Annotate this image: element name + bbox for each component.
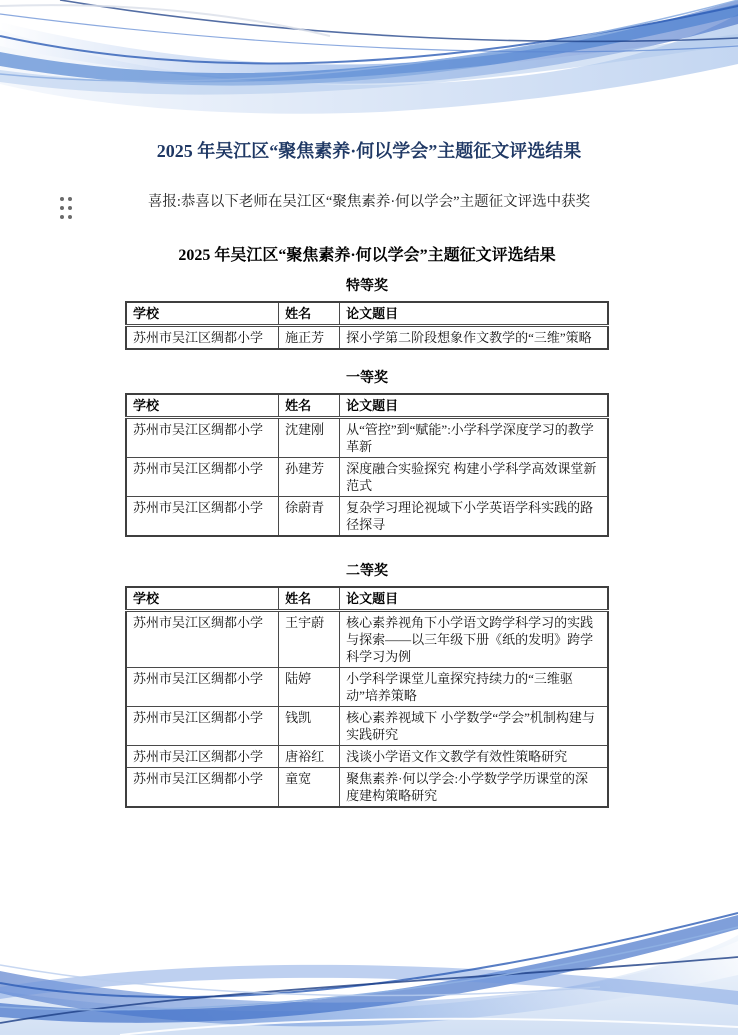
school-cell: 苏州市吴江区绸都小学 [126,768,279,808]
name-cell: 唐裕红 [279,746,340,768]
column-header: 学校 [126,587,279,611]
title-cell: 浅谈小学语文作文教学有效性策略研究 [340,746,608,768]
title-cell: 探小学第二阶段想象作文教学的“三维”策略 [340,326,608,350]
column-header: 姓名 [279,302,340,326]
column-header: 论文题目 [340,587,608,611]
school-cell: 苏州市吴江区绸都小学 [126,707,279,746]
title-cell: 核心素养视域下 小学数学“学会”机制构建与实践研究 [340,707,608,746]
name-cell: 施正芳 [279,326,340,350]
top-banner-graphic [0,0,738,118]
title-cell: 深度融合实验探究 构建小学科学高效课堂新范式 [340,458,608,497]
table-row: 苏州市吴江区绸都小学沈建刚从“管控”到“赋能”:小学科学深度学习的教学革新 [126,418,608,458]
table-row: 苏州市吴江区绸都小学王宇蔚核心素养视角下小学语文跨学科学习的实践与探索——以三年… [126,611,608,668]
title-cell: 复杂学习理论视域下小学英语学科实践的路径探寻 [340,497,608,537]
document-title: 2025 年吴江区“聚焦素养·何以学会”主题征文评选结果 [125,246,609,266]
table-row: 苏州市吴江区绸都小学陆婷小学科学课堂儿童探究持续力的“三维驱动”培养策略 [126,668,608,707]
title-cell: 聚焦素养·何以学会:小学数学学历课堂的深度建构策略研究 [340,768,608,808]
name-cell: 钱凯 [279,707,340,746]
name-cell: 童宽 [279,768,340,808]
drag-handle-icon[interactable] [60,197,74,223]
column-header: 学校 [126,394,279,418]
award-title-first: 一等奖 [125,370,609,388]
school-cell: 苏州市吴江区绸都小学 [126,458,279,497]
congrats-line: 喜报:恭喜以下老师在吴江区“聚焦素养·何以学会”主题征文评选中获奖 [0,192,738,212]
header-row: 学校姓名论文题目 [126,394,608,418]
school-cell: 苏州市吴江区绸都小学 [126,497,279,537]
name-cell: 陆婷 [279,668,340,707]
award-section-special: 特等奖 学校姓名论文题目苏州市吴江区绸都小学施正芳探小学第二阶段想象作文教学的“… [125,278,609,350]
column-header: 学校 [126,302,279,326]
school-cell: 苏州市吴江区绸都小学 [126,611,279,668]
school-cell: 苏州市吴江区绸都小学 [126,326,279,350]
name-cell: 徐蔚青 [279,497,340,537]
results-table-special: 学校姓名论文题目苏州市吴江区绸都小学施正芳探小学第二阶段想象作文教学的“三维”策… [125,301,609,350]
header-row: 学校姓名论文题目 [126,587,608,611]
header-row: 学校姓名论文题目 [126,302,608,326]
table-row: 苏州市吴江区绸都小学施正芳探小学第二阶段想象作文教学的“三维”策略 [126,326,608,350]
school-cell: 苏州市吴江区绸都小学 [126,418,279,458]
award-title-special: 特等奖 [125,278,609,296]
name-cell: 沈建刚 [279,418,340,458]
page-title: 2025 年吴江区“聚焦素养·何以学会”主题征文评选结果 [0,140,738,162]
name-cell: 王宇蔚 [279,611,340,668]
award-title-second: 二等奖 [125,563,609,581]
column-header: 论文题目 [340,394,608,418]
table-row: 苏州市吴江区绸都小学钱凯核心素养视域下 小学数学“学会”机制构建与实践研究 [126,707,608,746]
award-section-first: 一等奖 学校姓名论文题目苏州市吴江区绸都小学沈建刚从“管控”到“赋能”:小学科学… [125,370,609,537]
document-page: 2025 年吴江区“聚焦素养·何以学会”主题征文评选结果 喜报:恭喜以下老师在吴… [0,0,738,1035]
table-row: 苏州市吴江区绸都小学孙建芳深度融合实验探究 构建小学科学高效课堂新范式 [126,458,608,497]
column-header: 姓名 [279,394,340,418]
table-row: 苏州市吴江区绸都小学徐蔚青复杂学习理论视域下小学英语学科实践的路径探寻 [126,497,608,537]
column-header: 姓名 [279,587,340,611]
results-table-second: 学校姓名论文题目苏州市吴江区绸都小学王宇蔚核心素养视角下小学语文跨学科学习的实践… [125,586,609,808]
school-cell: 苏州市吴江区绸都小学 [126,668,279,707]
school-cell: 苏州市吴江区绸都小学 [126,746,279,768]
column-header: 论文题目 [340,302,608,326]
title-cell: 核心素养视角下小学语文跨学科学习的实践与探索——以三年级下册《纸的发明》跨学科学… [340,611,608,668]
table-row: 苏州市吴江区绸都小学童宽聚焦素养·何以学会:小学数学学历课堂的深度建构策略研究 [126,768,608,808]
bottom-banner-graphic [0,895,738,1035]
document-content: 2025 年吴江区“聚焦素养·何以学会”主题征文评选结果 特等奖 学校姓名论文题… [125,246,609,808]
title-cell: 小学科学课堂儿童探究持续力的“三维驱动”培养策略 [340,668,608,707]
table-row: 苏州市吴江区绸都小学唐裕红浅谈小学语文作文教学有效性策略研究 [126,746,608,768]
results-table-first: 学校姓名论文题目苏州市吴江区绸都小学沈建刚从“管控”到“赋能”:小学科学深度学习… [125,393,609,537]
award-section-second: 二等奖 学校姓名论文题目苏州市吴江区绸都小学王宇蔚核心素养视角下小学语文跨学科学… [125,563,609,808]
title-cell: 从“管控”到“赋能”:小学科学深度学习的教学革新 [340,418,608,458]
name-cell: 孙建芳 [279,458,340,497]
